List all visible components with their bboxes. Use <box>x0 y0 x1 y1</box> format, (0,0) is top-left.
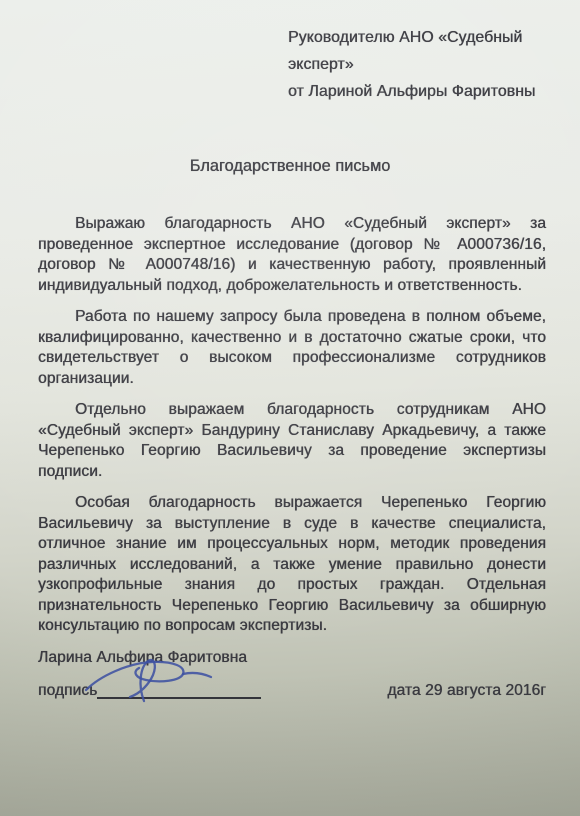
signature-line <box>97 697 261 699</box>
letter-header: Руководителю АНО «Судебный эксперт» от Л… <box>288 24 570 105</box>
letter-title: Благодарственное письмо <box>0 157 580 176</box>
paragraph-4: Особая благодарность выражается Черепень… <box>38 493 546 637</box>
letter-page: Руководителю АНО «Судебный эксперт» от Л… <box>0 0 580 816</box>
date-text: дата 29 августа 2016г <box>387 680 546 702</box>
signature-row: подпись дата 29 августа 2016г <box>38 680 546 702</box>
paragraph-2: Работа по нашему запросу была проведена … <box>38 307 546 389</box>
paragraph-3: Отдельно выражаем благодарность сотрудни… <box>38 400 546 482</box>
sender-line: от Лариной Альфиры Фаритовны <box>288 78 570 105</box>
letter-photo: Руководителю АНО «Судебный эксперт» от Л… <box>0 0 580 816</box>
letter-body: Выражаю благодарность АНО «Судебный эксп… <box>0 214 580 637</box>
paragraph-1: Выражаю благодарность АНО «Судебный эксп… <box>38 214 546 296</box>
signer-name: Ларина Альфира Фаритовна <box>38 648 580 668</box>
signature-label: подпись <box>38 680 97 702</box>
recipient-line: Руководителю АНО «Судебный эксперт» <box>288 24 570 78</box>
